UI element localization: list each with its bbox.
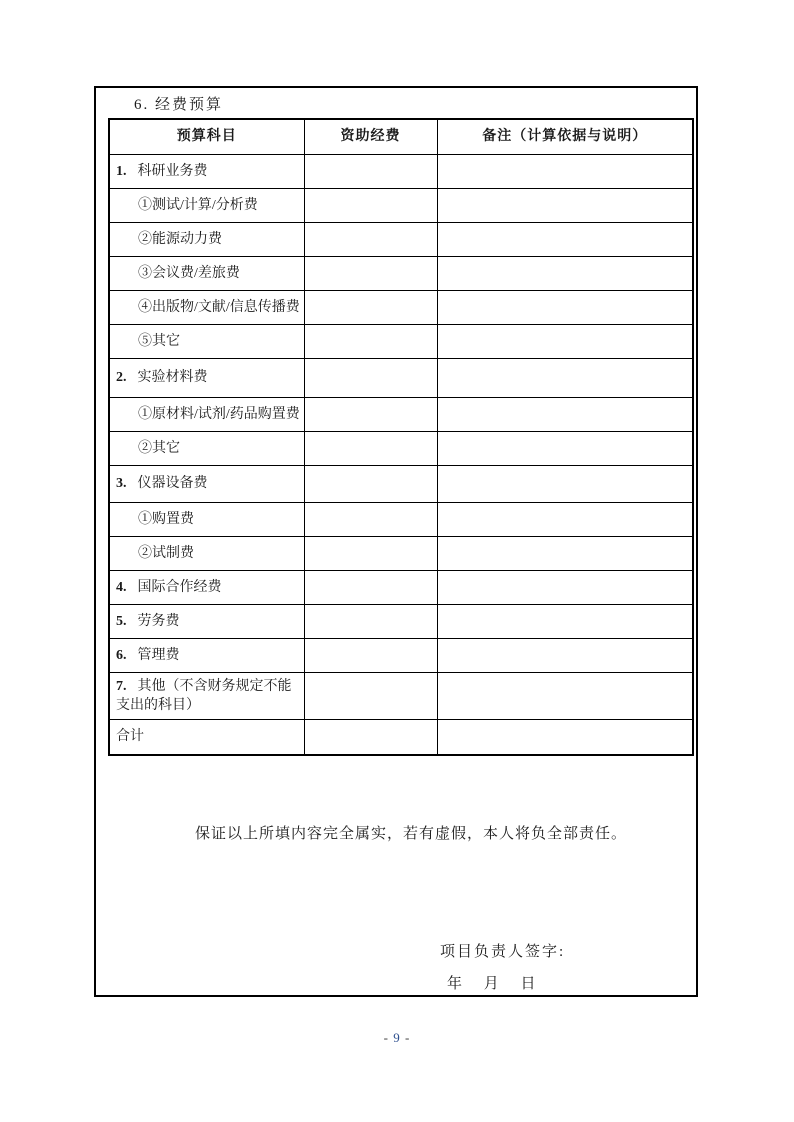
row-number: 1. [116, 164, 127, 179]
budget-subject-cell: 2.实验材料费 [109, 358, 304, 397]
funding-cell[interactable] [304, 502, 437, 536]
budget-subject-cell: ①购置费 [109, 502, 304, 536]
table-row: ②能源动力费 [109, 222, 693, 256]
funding-cell[interactable] [304, 638, 437, 672]
notes-cell[interactable] [437, 188, 693, 222]
notes-cell[interactable] [437, 536, 693, 570]
table-row: ①购置费 [109, 502, 693, 536]
notes-cell[interactable] [437, 397, 693, 431]
table-row: 4.国际合作经费 [109, 570, 693, 604]
row-label: ①测试/计算/分析费 [138, 198, 258, 213]
row-label: ⑤其它 [138, 334, 180, 349]
row-label: ②其它 [138, 441, 180, 456]
budget-subject-cell: 6.管理费 [109, 638, 304, 672]
budget-subject-cell: 4.国际合作经费 [109, 570, 304, 604]
budget-subject-cell: ②能源动力费 [109, 222, 304, 256]
table-row: 7.其他（不含财务规定不能支出的科目） [109, 672, 693, 719]
table-row: 6.管理费 [109, 638, 693, 672]
budget-subject-cell: 5.劳务费 [109, 604, 304, 638]
date-line: 年 月 日 [447, 972, 537, 993]
row-label: ②试制费 [138, 546, 194, 561]
row-label: ②能源动力费 [138, 232, 222, 247]
funding-cell[interactable] [304, 188, 437, 222]
table-row: ③会议费/差旅费 [109, 256, 693, 290]
row-label: 科研业务费 [138, 164, 208, 179]
row-number: 2. [116, 370, 127, 385]
funding-cell[interactable] [304, 358, 437, 397]
table-row: ④出版物/文献/信息传播费 [109, 290, 693, 324]
table-row: 2.实验材料费 [109, 358, 693, 397]
notes-cell[interactable] [437, 604, 693, 638]
notes-cell[interactable] [437, 672, 693, 719]
table-row: 5.劳务费 [109, 604, 693, 638]
funding-cell[interactable] [304, 719, 437, 755]
funding-cell[interactable] [304, 256, 437, 290]
form-border-box: 6. 经费预算 预算科目 资助经费 备注（计算依据与说明） 1.科研业务费 ①测… [94, 86, 698, 997]
row-label: 其他（不含财务规定不能支出的科目） [116, 679, 292, 713]
funding-cell[interactable] [304, 672, 437, 719]
col-header-budget-subject: 预算科目 [109, 119, 304, 154]
row-label: 仪器设备费 [138, 476, 208, 491]
table-row: ①原材料/试剂/药品购置费 [109, 397, 693, 431]
notes-cell[interactable] [437, 570, 693, 604]
row-label: 劳务费 [138, 614, 180, 629]
row-number: 7. [116, 679, 127, 694]
budget-table: 预算科目 资助经费 备注（计算依据与说明） 1.科研业务费 ①测试/计算/分析费… [108, 118, 694, 756]
row-label: 国际合作经费 [138, 580, 222, 595]
funding-cell[interactable] [304, 570, 437, 604]
notes-cell[interactable] [437, 358, 693, 397]
notes-cell[interactable] [437, 465, 693, 502]
col-header-notes: 备注（计算依据与说明） [437, 119, 693, 154]
row-number: 3. [116, 476, 127, 491]
col-header-funding: 资助经费 [304, 119, 437, 154]
budget-subject-cell: ②其它 [109, 431, 304, 465]
funding-cell[interactable] [304, 222, 437, 256]
row-label: 合计 [116, 729, 144, 744]
budget-subject-cell: ③会议费/差旅费 [109, 256, 304, 290]
page-number-right-dash: - [405, 1030, 410, 1045]
table-row: 3.仪器设备费 [109, 465, 693, 502]
notes-cell[interactable] [437, 256, 693, 290]
notes-cell[interactable] [437, 290, 693, 324]
table-header-row: 预算科目 资助经费 备注（计算依据与说明） [109, 119, 693, 154]
budget-subject-cell: ①原材料/试剂/药品购置费 [109, 397, 304, 431]
funding-cell[interactable] [304, 154, 437, 188]
notes-cell[interactable] [437, 502, 693, 536]
row-label: 实验材料费 [138, 370, 208, 385]
row-number: 5. [116, 614, 127, 629]
notes-cell[interactable] [437, 222, 693, 256]
page-number-left-dash: - [384, 1030, 389, 1045]
section-title: 6. 经费预算 [134, 95, 696, 115]
budget-subject-cell: ④出版物/文献/信息传播费 [109, 290, 304, 324]
table-row: ②其它 [109, 431, 693, 465]
budget-subject-cell: 1.科研业务费 [109, 154, 304, 188]
funding-cell[interactable] [304, 431, 437, 465]
row-label: ③会议费/差旅费 [138, 266, 240, 281]
funding-cell[interactable] [304, 536, 437, 570]
table-row: 合计 [109, 719, 693, 755]
budget-subject-cell: ②试制费 [109, 536, 304, 570]
budget-subject-cell: 3.仪器设备费 [109, 465, 304, 502]
table-row: ①测试/计算/分析费 [109, 188, 693, 222]
notes-cell[interactable] [437, 154, 693, 188]
notes-cell[interactable] [437, 324, 693, 358]
notes-cell[interactable] [437, 719, 693, 755]
budget-subject-cell: ①测试/计算/分析费 [109, 188, 304, 222]
row-label: 管理费 [138, 648, 180, 663]
row-label: ①购置费 [138, 512, 194, 527]
row-label: ④出版物/文献/信息传播费 [138, 300, 300, 315]
funding-cell[interactable] [304, 290, 437, 324]
notes-cell[interactable] [437, 431, 693, 465]
table-row: ②试制费 [109, 536, 693, 570]
row-number: 4. [116, 580, 127, 595]
page-number-value: 9 [393, 1030, 401, 1045]
row-number: 6. [116, 648, 127, 663]
budget-subject-cell: 合计 [109, 719, 304, 755]
funding-cell[interactable] [304, 604, 437, 638]
row-label: ①原材料/试剂/药品购置费 [138, 407, 300, 422]
budget-subject-cell: ⑤其它 [109, 324, 304, 358]
funding-cell[interactable] [304, 324, 437, 358]
funding-cell[interactable] [304, 397, 437, 431]
table-row: ⑤其它 [109, 324, 693, 358]
declaration-text: 保证以上所填内容完全属实，若有虚假，本人将负全部责任。 [96, 822, 696, 843]
budget-subject-cell: 7.其他（不含财务规定不能支出的科目） [109, 672, 304, 719]
funding-cell[interactable] [304, 465, 437, 502]
notes-cell[interactable] [437, 638, 693, 672]
table-row: 1.科研业务费 [109, 154, 693, 188]
page-number: - 9 - [0, 1030, 794, 1046]
project-leader-signature-label: 项目负责人签字: [440, 940, 565, 961]
